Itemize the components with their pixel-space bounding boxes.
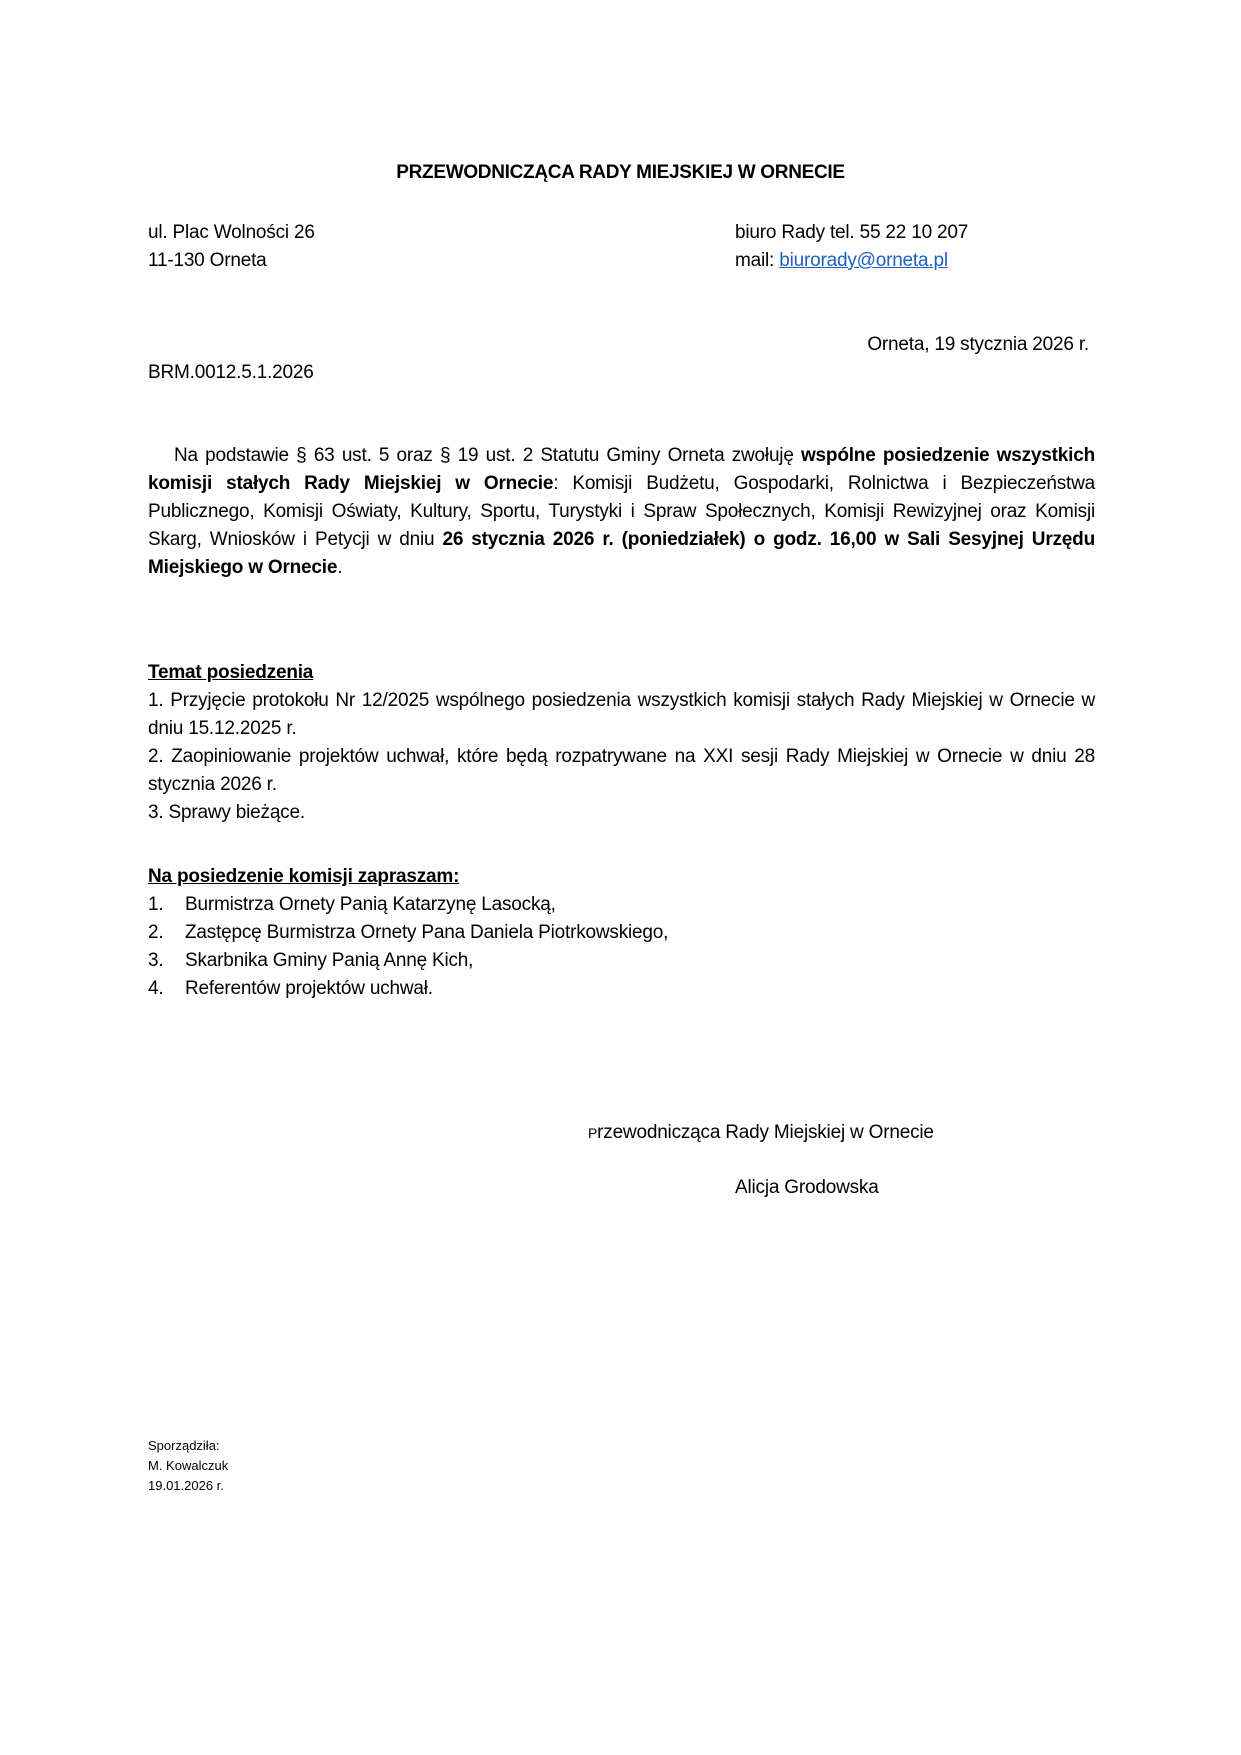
- place-date: Orneta, 19 stycznia 2026 r.: [867, 331, 1089, 359]
- signature-role-rest: rzewodnicząca Rady Miejskiej w Ornecie: [597, 1122, 934, 1143]
- agenda-item: 3. Sprawy bieżące.: [148, 799, 1095, 827]
- invitee-text: Zastępcę Burmistrza Ornety Pana Daniela …: [185, 919, 668, 947]
- paragraph-text-1: Na podstawie § 63 ust. 5 oraz § 19 ust. …: [174, 445, 801, 466]
- convocation-paragraph: Na podstawie § 63 ust. 5 oraz § 19 ust. …: [148, 442, 1095, 582]
- invitee-item: 3. Skarbnika Gminy Panią Annę Kich,: [148, 947, 668, 975]
- invitees-list: 1. Burmistrza Ornety Panią Katarzynę Las…: [148, 891, 668, 1003]
- prepared-date: 19.01.2026 r.: [148, 1476, 228, 1496]
- invitee-text: Burmistrza Ornety Panią Katarzynę Lasock…: [185, 891, 556, 919]
- invitees-heading: Na posiedzenie komisji zapraszam:: [148, 863, 459, 891]
- agenda-heading: Temat posiedzenia: [148, 659, 1095, 687]
- prepared-by-name: M. Kowalczuk: [148, 1456, 228, 1476]
- document-title: PRZEWODNICZĄCA RADY MIEJSKIEJ W ORNECIE: [0, 162, 1241, 184]
- mail-line: mail: biurorady@orneta.pl: [735, 247, 948, 275]
- invitee-number: 2.: [148, 919, 185, 947]
- signature-role-initial: P: [588, 1125, 597, 1141]
- invitee-item: 1. Burmistrza Ornety Panią Katarzynę Las…: [148, 891, 668, 919]
- paragraph-text-3: .: [337, 557, 342, 578]
- address-line-1: ul. Plac Wolności 26: [148, 219, 315, 247]
- agenda-item: 1. Przyjęcie protokołu Nr 12/2025 wspóln…: [148, 687, 1095, 743]
- email-link[interactable]: biurorady@orneta.pl: [779, 250, 948, 271]
- signature-name: Alicja Grodowska: [735, 1174, 879, 1202]
- agenda-section: Temat posiedzenia 1. Przyjęcie protokołu…: [148, 659, 1095, 827]
- invitee-item: 2. Zastępcę Burmistrza Ornety Pana Danie…: [148, 919, 668, 947]
- address-line-2: 11-130 Orneta: [148, 247, 267, 275]
- document-page: PRZEWODNICZĄCA RADY MIEJSKIEJ W ORNECIE …: [0, 0, 1241, 1755]
- reference-number: BRM.0012.5.1.2026: [148, 359, 314, 387]
- signature-role: Przewodnicząca Rady Miejskiej w Ornecie: [588, 1119, 934, 1147]
- invitee-text: Skarbnika Gminy Panią Annę Kich,: [185, 947, 473, 975]
- invitee-number: 3.: [148, 947, 185, 975]
- prepared-label: Sporządziła:: [148, 1436, 228, 1456]
- prepared-by-footer: Sporządziła: M. Kowalczuk 19.01.2026 r.: [148, 1436, 228, 1496]
- phone-line: biuro Rady tel. 55 22 10 207: [735, 219, 968, 247]
- invitee-item: 4. Referentów projektów uchwał.: [148, 975, 668, 1003]
- mail-label: mail:: [735, 250, 779, 271]
- agenda-item: 2. Zaopiniowanie projektów uchwał, które…: [148, 743, 1095, 799]
- invitee-number: 1.: [148, 891, 185, 919]
- invitee-number: 4.: [148, 975, 185, 1003]
- invitee-text: Referentów projektów uchwał.: [185, 975, 433, 1003]
